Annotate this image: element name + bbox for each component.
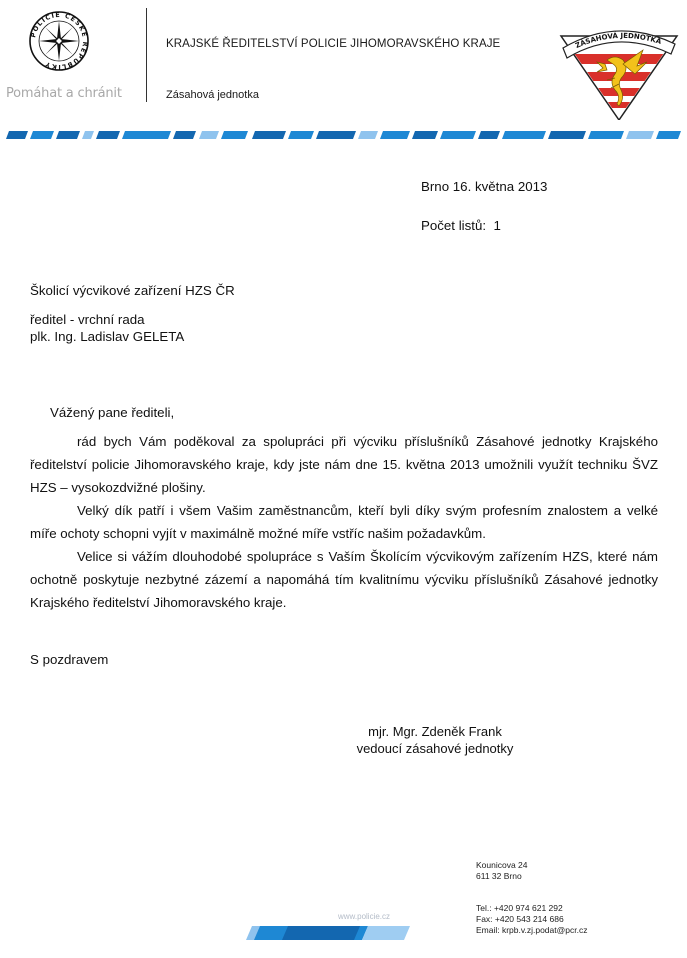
unit-name: Zásahová jednotka xyxy=(166,89,259,101)
contact-tel: Tel.: +420 974 621 292 xyxy=(476,903,587,914)
paragraph: Velice si vážím dlouhodobé spolupráce s … xyxy=(30,545,658,614)
signature-block: mjr. Mgr. Zdeněk Frank vedoucí zásahové … xyxy=(340,723,530,757)
paragraph: Velký dík patří i všem Vašim zaměstnanců… xyxy=(30,499,658,545)
address-street: Kounicova 24 xyxy=(476,860,528,871)
signatory-title: vedoucí zásahové jednotky xyxy=(340,740,530,757)
recipient-organization: Školicí výcvikové zařízení HZS ČR xyxy=(30,279,235,302)
organization-name: KRAJSKÉ ŘEDITELSTVÍ POLICIE JIHOMORAVSKÉ… xyxy=(166,38,500,50)
contact-email[interactable]: Email: krpb.v.zj.podat@pcr.cz xyxy=(476,925,587,936)
address-city: 611 32 Brno xyxy=(476,871,528,882)
letter-date: Brno 16. května 2013 xyxy=(421,175,547,198)
footer-stripe xyxy=(242,926,410,940)
closing: S pozdravem xyxy=(30,648,108,671)
recipient-role: ředitel - vrchní rada xyxy=(30,311,145,328)
page-count-label: Počet listů: xyxy=(421,218,486,233)
paragraph: rád bych Vám poděkoval za spolupráci při… xyxy=(30,430,658,499)
page-count: Počet listů: 1 xyxy=(421,214,501,237)
footer-contact: Tel.: +420 974 621 292 Fax: +420 543 214… xyxy=(476,903,587,936)
header-stripe xyxy=(6,126,681,134)
police-star-seal-icon: POLICIE ČESKÉ REPUBLIKY xyxy=(28,10,90,72)
recipient-name: plk. Ing. Ladislav GELETA xyxy=(30,328,184,345)
dragon-shield-icon: ZÁSAHOVÁ JEDNOTKA xyxy=(557,20,681,120)
letter-body: rád bych Vám poděkoval za spolupráci při… xyxy=(30,430,658,614)
website-link[interactable]: www.policie.cz xyxy=(338,912,390,921)
page-count-value: 1 xyxy=(493,218,500,233)
header-divider xyxy=(146,8,147,102)
motto-text: Pomáhat a chránit xyxy=(6,86,122,101)
contact-fax: Fax: +420 543 214 686 xyxy=(476,914,587,925)
footer-address: Kounicova 24 611 32 Brno xyxy=(476,860,528,882)
signatory-name: mjr. Mgr. Zdeněk Frank xyxy=(340,723,530,740)
salutation: Vážený pane řediteli, xyxy=(50,401,174,424)
